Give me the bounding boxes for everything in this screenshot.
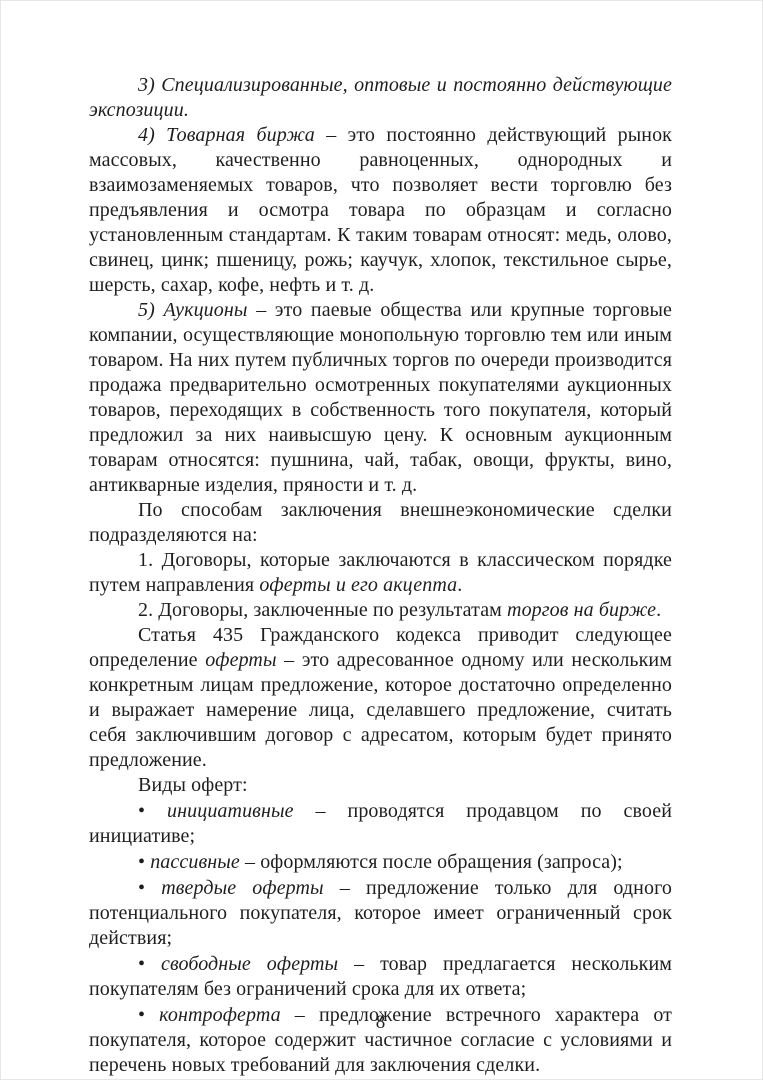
bullet-icon: • <box>138 877 161 899</box>
text-run: . <box>457 574 462 596</box>
text-run: 5) Аукционы <box>138 299 248 321</box>
paragraph: 2. Договоры, заключенные по результатам … <box>89 598 672 623</box>
text-run: По способам заключения внешнеэкономическ… <box>89 499 672 546</box>
bullet-list-item: • свободные оферты – товар предлагается … <box>89 952 672 1002</box>
text-run: оферты и его акцепта <box>259 574 457 596</box>
document-page: 3) Специализированные, оптовые и постоян… <box>0 0 763 1080</box>
bullet-list-item: • пассивные – оформляются после обращени… <box>89 850 672 875</box>
text-run: 2. Договоры, заключенные по результатам <box>138 599 507 621</box>
page-number: 8 <box>89 1011 672 1035</box>
text-run: оферты <box>205 649 276 671</box>
text-run: . <box>656 599 661 621</box>
text-run: пассивные <box>150 851 240 873</box>
paragraph: 5) Аукционы – это паевые общества или кр… <box>89 298 672 498</box>
text-run: Виды оферт: <box>138 774 248 796</box>
text-run: – это паевые общества или крупные торгов… <box>89 299 672 496</box>
paragraph: 3) Специализированные, оптовые и постоян… <box>89 73 672 123</box>
text-run: – это постоянно действующий рынок массов… <box>89 124 672 296</box>
bullet-icon: • <box>138 953 161 975</box>
text-run: твердые оферты <box>161 877 323 899</box>
text-run: 3) Специализированные, оптовые и постоян… <box>89 74 672 121</box>
bullet-list-item: • инициативные – проводятся продавцом по… <box>89 799 672 849</box>
paragraph: Статья 435 Гражданского кодекса приводит… <box>89 623 672 773</box>
paragraph: 1. Договоры, которые заключаются в класс… <box>89 548 672 598</box>
page-body: 3) Специализированные, оптовые и постоян… <box>89 73 672 1078</box>
bullet-list-item: • твердые оферты – предложение только дл… <box>89 876 672 951</box>
text-run: 4) Товарная биржа <box>138 124 315 146</box>
text-run: – оформляются после обращения (запроса); <box>240 851 623 873</box>
text-run: свободные оферты <box>161 953 338 975</box>
paragraph: Виды оферт: <box>89 773 672 798</box>
text-run: торгов на бирже <box>507 599 656 621</box>
text-run: инициативные <box>167 800 294 822</box>
bullet-icon: • <box>138 851 150 873</box>
paragraph: По способам заключения внешнеэкономическ… <box>89 498 672 548</box>
bullet-icon: • <box>138 800 167 822</box>
paragraph: 4) Товарная биржа – это постоянно действ… <box>89 123 672 298</box>
